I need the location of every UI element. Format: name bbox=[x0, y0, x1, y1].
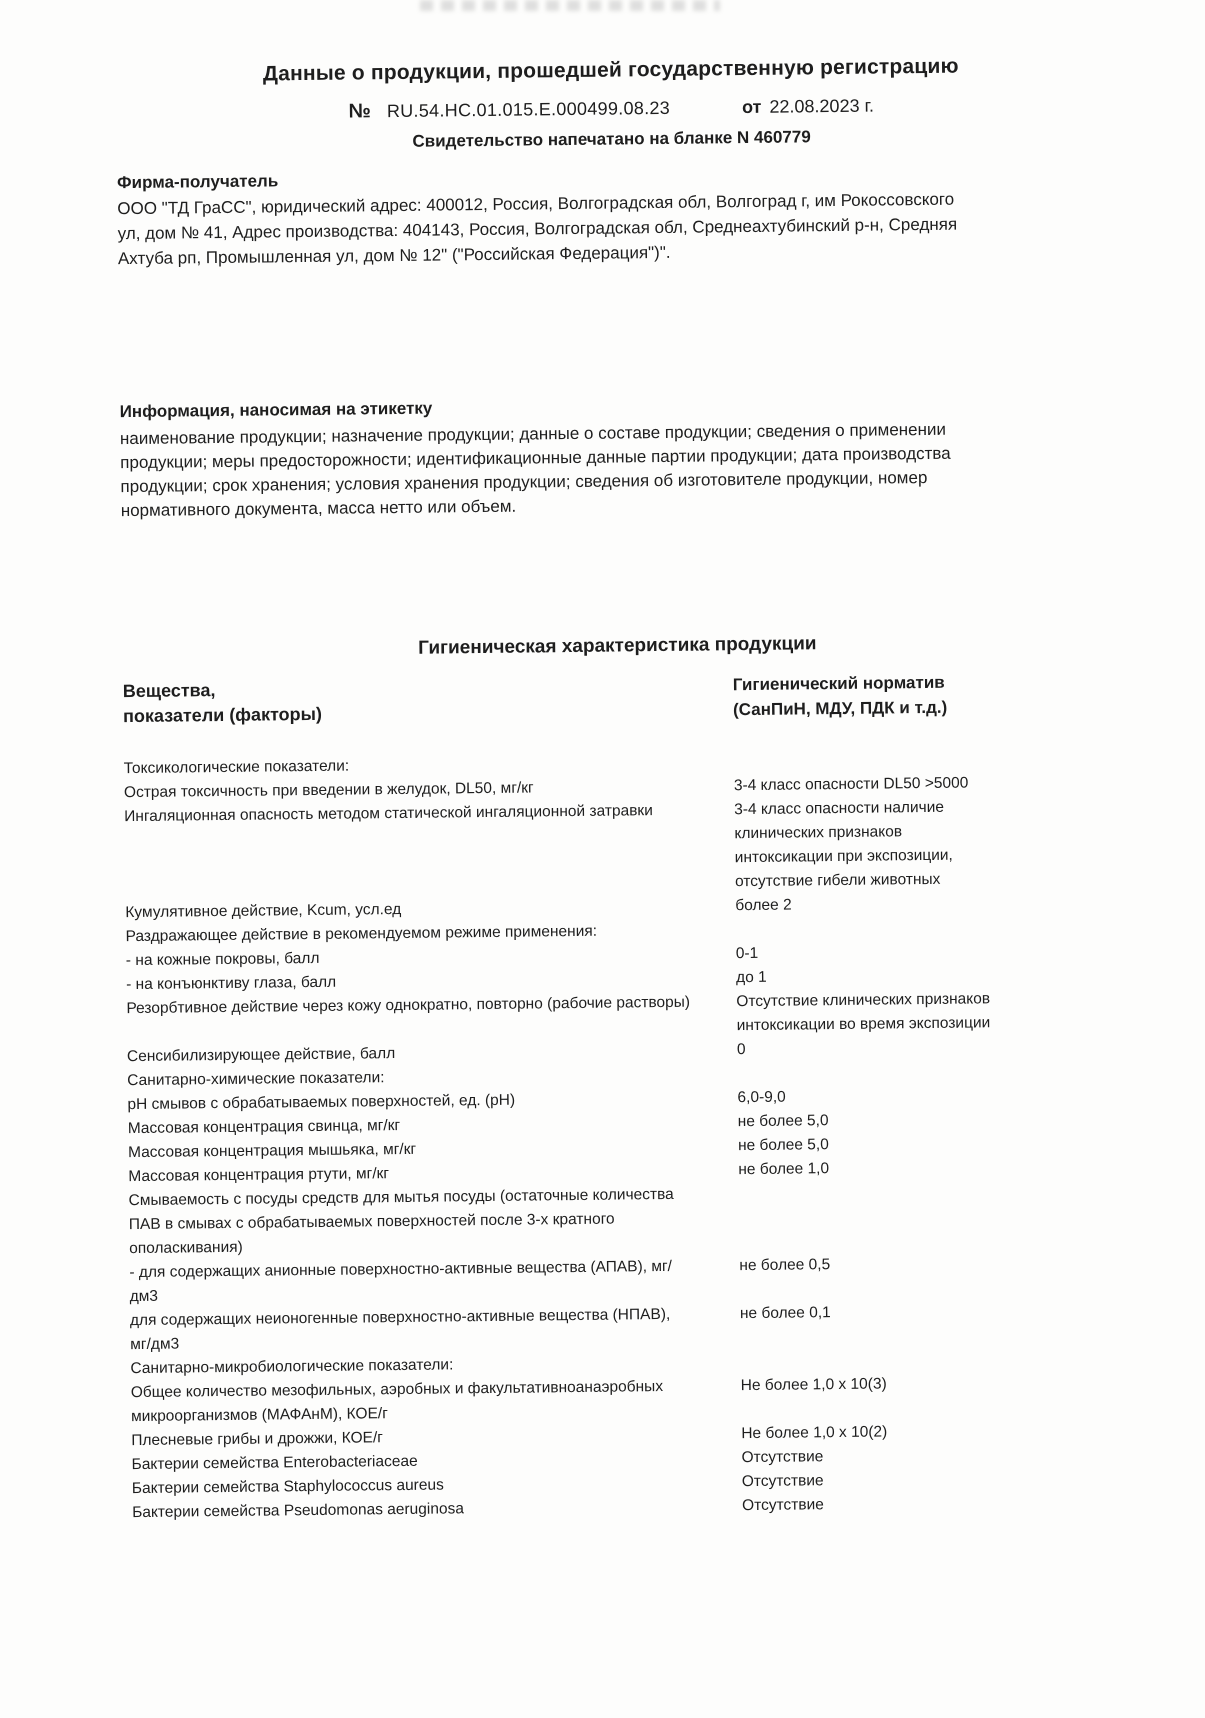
document-content: Данные о продукции, прошедшей государств… bbox=[0, 0, 1205, 1718]
firm-label: Фирма-получатель bbox=[117, 162, 1107, 193]
column-header-norm: Гигиенический норматив (СанПиН, МДУ, ПДК… bbox=[733, 668, 1114, 722]
row-norm: не более 5,0 bbox=[738, 1131, 996, 1158]
row-norm: Отсутствие bbox=[742, 1467, 1000, 1494]
hygiene-table-header: Вещества, показатели (факторы) Гигиениче… bbox=[123, 668, 1114, 729]
row-norm bbox=[740, 1347, 998, 1374]
column-header-substances: Вещества, показатели (факторы) bbox=[123, 672, 734, 729]
row-norm: Отсутствие bbox=[741, 1443, 999, 1470]
row-norm: не более 0,5 bbox=[739, 1251, 997, 1278]
row-norm: не более 0,1 bbox=[740, 1299, 998, 1326]
document-title: Данные о продукции, прошедшей государств… bbox=[116, 53, 1106, 88]
blank-form-notice: Свидетельство напечатано на бланке N 460… bbox=[117, 124, 1107, 155]
row-norm: Отсутствие bbox=[742, 1491, 1000, 1518]
hygiene-table-body: Токсикологические показатели:Острая токс… bbox=[124, 746, 1123, 1525]
row-norm: более 2 bbox=[735, 891, 993, 918]
row-norm bbox=[735, 915, 993, 942]
registration-number: RU.54.НС.01.015.Е.000499.08.23 bbox=[387, 98, 670, 122]
row-norm: Не более 1,0 х 10(3) bbox=[741, 1371, 999, 1398]
row-parameter: Смываемость с посуды средств для мытья п… bbox=[128, 1182, 739, 1261]
label-info-section: Информация, наносимая на этикетку наимен… bbox=[120, 391, 1111, 523]
row-norm: не более 1,0 bbox=[738, 1155, 996, 1182]
row-norm: 0-1 bbox=[736, 939, 994, 966]
table-row: Смываемость с посуды средств для мытья п… bbox=[128, 1178, 1119, 1261]
row-norm: 0 bbox=[737, 1035, 995, 1062]
firm-section: Фирма-получатель ООО "ТД ГраСС", юридиче… bbox=[117, 162, 1108, 271]
hygiene-section-title: Гигиеническая характеристика продукции bbox=[122, 630, 1112, 663]
scanned-certificate-page: Данные о продукции, прошедшей государств… bbox=[0, 0, 1205, 1718]
row-norm: 3-4 класс опасности DL50 >5000 bbox=[734, 771, 992, 798]
number-sign: № bbox=[348, 100, 371, 123]
column-header-norm-line2: (СанПиН, МДУ, ПДК и т.д.) bbox=[733, 693, 1113, 722]
row-norm: Отсутствие клинических признаков интокси… bbox=[736, 987, 995, 1038]
row-norm bbox=[738, 1179, 996, 1206]
row-norm: не более 5,0 bbox=[738, 1107, 996, 1134]
registration-line: № RU.54.НС.01.015.Е.000499.08.23 от 22.0… bbox=[116, 92, 1106, 126]
row-parameter: для содержащих неионогенные поверхностно… bbox=[130, 1302, 741, 1357]
row-norm: Не более 1,0 х 10(2) bbox=[741, 1419, 999, 1446]
firm-address-text: ООО "ТД ГраСС", юридический адрес: 40001… bbox=[117, 187, 958, 272]
date-label: от bbox=[742, 97, 762, 118]
table-row: Ингаляционная опасность методом статичес… bbox=[124, 794, 1115, 901]
row-norm: 3-4 класс опасности наличие клинических … bbox=[734, 795, 993, 894]
label-info-text: наименование продукции; назначение проду… bbox=[120, 417, 1001, 523]
row-norm bbox=[734, 747, 992, 774]
row-parameter: - для содержащих анионные поверхностно-а… bbox=[129, 1254, 740, 1309]
row-norm: до 1 bbox=[736, 963, 994, 990]
row-norm: 6,0-9,0 bbox=[737, 1083, 995, 1110]
row-norm bbox=[737, 1059, 995, 1086]
row-parameter: Общее количество мезофильных, аэробных и… bbox=[131, 1374, 742, 1429]
registration-date: 22.08.2023 г. bbox=[769, 96, 874, 118]
